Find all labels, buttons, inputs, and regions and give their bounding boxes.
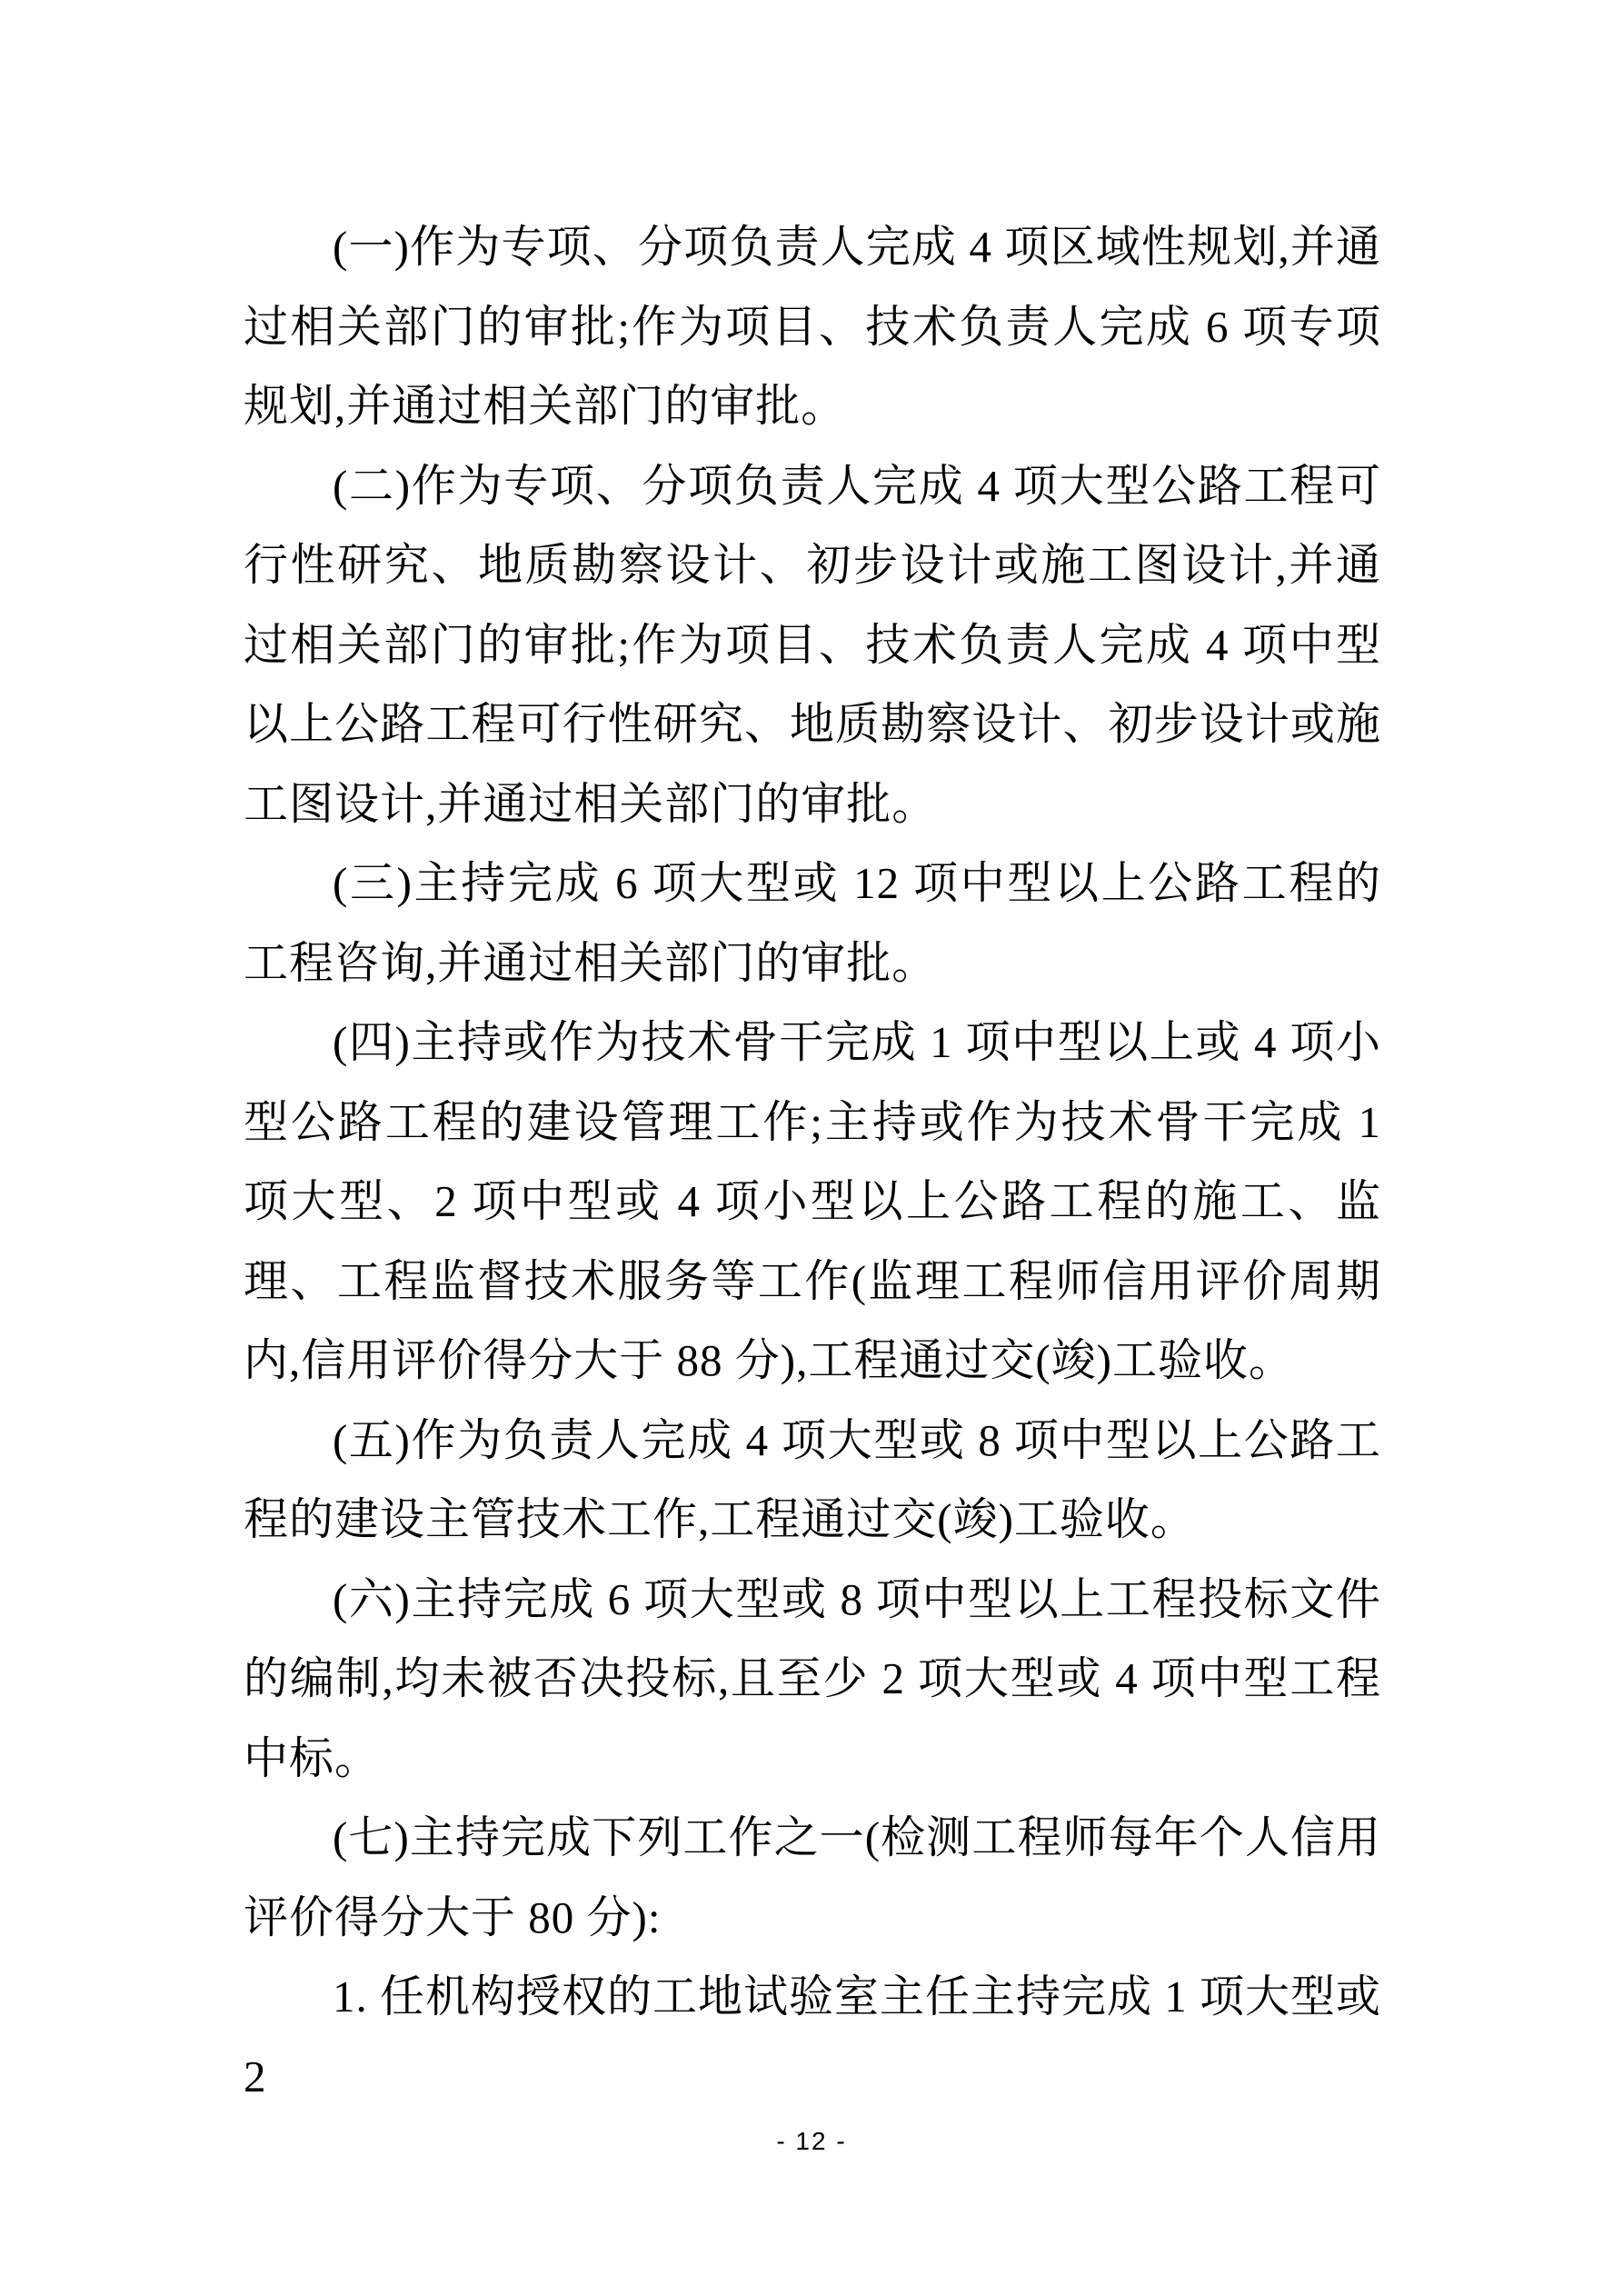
paragraph: (六)主持完成 6 项大型或 8 项中型以上工程投标文件的编制,均未被否决投标,… (244, 1560, 1381, 1799)
paragraph: (五)作为负责人完成 4 项大型或 8 项中型以上公路工程的建设主管技术工作,工… (244, 1401, 1381, 1560)
document-body: (一)作为专项、分项负责人完成 4 项区域性规划,并通过相关部门的审批;作为项目… (244, 207, 1381, 2116)
document-page: (一)作为专项、分项负责人完成 4 项区域性规划,并通过相关部门的审批;作为项目… (0, 0, 1623, 2296)
paragraph: (七)主持完成下列工作之一(检测工程师每年个人信用评价得分大于 80 分): (244, 1798, 1381, 1957)
page-number: - 12 - (776, 2127, 846, 2155)
paragraph: (四)主持或作为技术骨干完成 1 项中型以上或 4 项小型公路工程的建设管理工作… (244, 1003, 1381, 1401)
paragraph: (三)主持完成 6 项大型或 12 项中型以上公路工程的工程咨询,并通过相关部门… (244, 844, 1381, 1003)
paragraph: 1. 任机构授权的工地试验室主任主持完成 1 项大型或 2 (244, 1957, 1381, 2116)
paragraph: (一)作为专项、分项负责人完成 4 项区域性规划,并通过相关部门的审批;作为项目… (244, 207, 1381, 446)
page-footer: - 12 - (0, 2127, 1623, 2156)
paragraph: (二)作为专项、分项负责人完成 4 项大型公路工程可行性研究、地质勘察设计、初步… (244, 446, 1381, 844)
